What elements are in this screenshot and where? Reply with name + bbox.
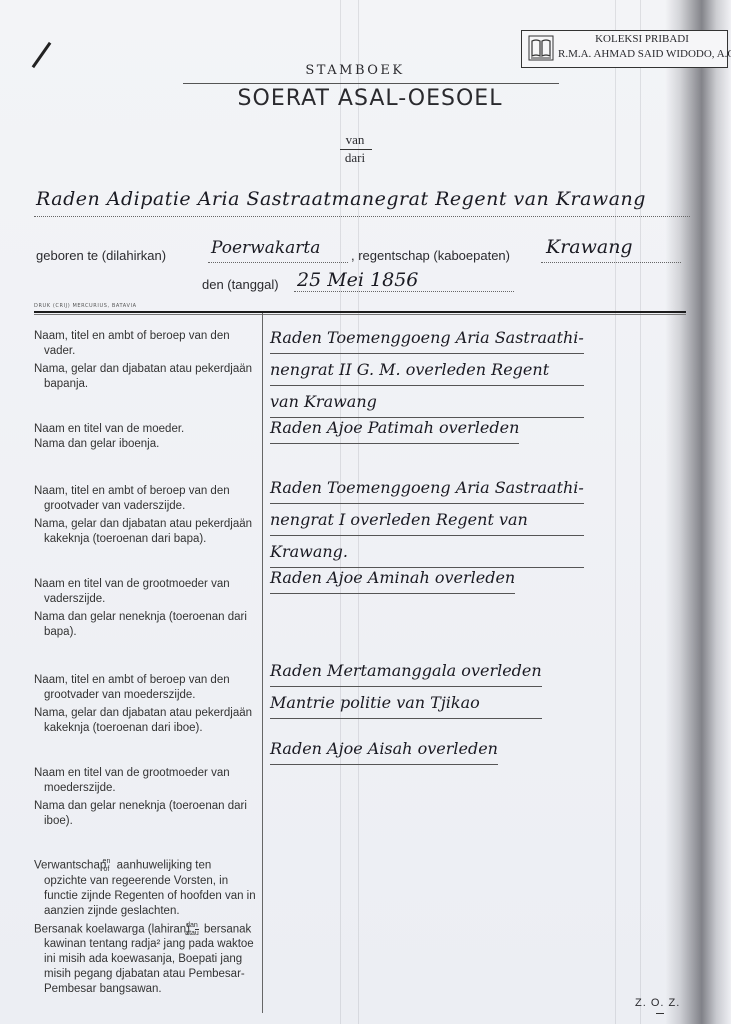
- document-page: KOLEKSI PRIBADI R.M.A. AHMAD SAID WIDODO…: [0, 0, 731, 1024]
- name-dotted-line: [34, 216, 690, 217]
- label-dutch-pre: Verwantschap: [34, 860, 106, 872]
- subject-name: Raden Adipatie Aria Sastraatmanegrat Reg…: [36, 188, 646, 210]
- stamp-title: KOLEKSI PRIBADI: [562, 33, 722, 45]
- field-label-relationship: Verwantschap enof aanhuwelijking ten opz…: [34, 858, 256, 1000]
- header-divider: [183, 83, 559, 84]
- label-indonesian: Nama, gelar dan djabatan atau pekerdjaän…: [34, 517, 256, 547]
- collection-stamp: KOLEKSI PRIBADI R.M.A. AHMAD SAID WIDODO…: [521, 30, 728, 68]
- field-value-father: Raden Toemenggoeng Aria Sastraathi- neng…: [270, 322, 584, 418]
- field-value-paternal-grandfather: Raden Toemenggoeng Aria Sastraathi- neng…: [270, 472, 584, 568]
- label-dutch: Naam en titel van de grootmoeder van moe…: [34, 766, 256, 796]
- regency-value: Krawang: [546, 236, 633, 258]
- regency-dotted-line: [541, 262, 681, 263]
- field-label-father: Naam, titel en ambt of beroep van den va…: [34, 329, 256, 395]
- label-dutch: Naam, titel en ambt of beroep van den va…: [34, 329, 256, 359]
- stamp-owner: R.M.A. AHMAD SAID WIDODO, A.G.: [558, 48, 726, 60]
- field-value-maternal-grandfather: Raden Mertamanggala overleden Mantrie po…: [270, 655, 542, 719]
- fraction-bottom: atau: [195, 930, 199, 937]
- field-value-maternal-grandmother: Raden Ajoe Aisah overleden: [270, 733, 498, 765]
- label-indonesian: Nama, gelar dan djabatan atau pekerdjaän…: [34, 362, 256, 392]
- label-dutch: Verwantschap enof aanhuwelijking ten opz…: [34, 858, 256, 919]
- continuation-note: Z. O. Z.: [635, 997, 680, 1009]
- born-label: geboren te (dilahirkan): [36, 248, 166, 263]
- label-dutch: Naam en titel van de grootmoeder van vad…: [34, 577, 256, 607]
- section-divider-thin: [34, 314, 686, 315]
- fraction-top: dan: [195, 922, 199, 930]
- label-dutch: Naam, titel en ambt of beroep van den gr…: [34, 673, 256, 703]
- scan-artifact: [640, 0, 641, 1024]
- label-indonesian: Nama dan gelar neneknja (toeroenan dari …: [34, 799, 256, 829]
- label-indonesian: Bersanak koelawarga (lahiran) danatau be…: [34, 922, 256, 998]
- label-indonesian: Nama dan gelar neneknja (toeroenan dari …: [34, 610, 256, 640]
- label-indonesian-pre: Bersanak koelawarga (lahiran): [34, 923, 190, 935]
- value-line: Raden Toemenggoeng Aria Sastraathi-: [270, 322, 584, 354]
- section-divider: [34, 311, 686, 313]
- fraction-dan-atau: danatau: [195, 922, 199, 937]
- label-indonesian: Nama, gelar dan djabatan atau pekerdjaän…: [34, 706, 256, 736]
- date-label: den (tanggal): [202, 277, 279, 292]
- field-label-mother: Naam en titel van de moeder. Nama dan ge…: [34, 422, 256, 455]
- open-book-icon: [528, 35, 554, 61]
- field-label-paternal-grandmother: Naam en titel van de grootmoeder van vad…: [34, 577, 256, 643]
- label-dutch: Naam en titel van de moeder.: [34, 422, 256, 437]
- scan-artifact: [615, 0, 616, 1024]
- birth-date-value: 25 Mei 1856: [297, 269, 418, 291]
- regency-label: , regentschap (kaboepaten): [351, 248, 510, 263]
- column-divider: [262, 313, 263, 1013]
- dari-label: dari: [330, 150, 380, 166]
- page-number-mark: [32, 42, 52, 68]
- field-label-maternal-grandfather: Naam, titel en ambt of beroep van den gr…: [34, 673, 256, 739]
- printer-imprint: DRUK (CRIJ) MERCURIUS, BATAVIA: [34, 303, 137, 309]
- value-line: Mantrie politie van Tjikao: [270, 687, 542, 719]
- label-dutch: Naam, titel en ambt of beroep van den gr…: [34, 484, 256, 514]
- van-label: van: [330, 132, 380, 148]
- document-subtitle: STAMBOEK: [290, 63, 420, 78]
- value-line: Raden Mertamanggala overleden: [270, 655, 542, 687]
- value-line: nengrat I overleden Regent van: [270, 504, 584, 536]
- field-label-maternal-grandmother: Naam en titel van de grootmoeder van moe…: [34, 766, 256, 832]
- date-dotted-line: [294, 291, 514, 292]
- label-indonesian: Nama dan gelar iboenja.: [34, 437, 256, 452]
- field-value-mother: Raden Ajoe Patimah overleden: [270, 412, 519, 444]
- document-title: SOERAT ASAL-OESOEL: [180, 86, 560, 111]
- birthplace-value: Poerwakarta: [211, 238, 320, 258]
- value-line: Raden Ajoe Patimah overleden: [270, 412, 519, 444]
- field-label-paternal-grandfather: Naam, titel en ambt of beroep van den gr…: [34, 484, 256, 550]
- birthplace-dotted-line: [208, 262, 348, 263]
- field-value-paternal-grandmother: Raden Ajoe Aminah overleden: [270, 562, 515, 594]
- value-line: Raden Ajoe Aisah overleden: [270, 733, 498, 765]
- continuation-underline: [656, 1013, 664, 1014]
- value-line: nengrat II G. M. overleden Regent: [270, 354, 584, 386]
- value-line: Raden Ajoe Aminah overleden: [270, 562, 515, 594]
- value-line: Raden Toemenggoeng Aria Sastraathi-: [270, 472, 584, 504]
